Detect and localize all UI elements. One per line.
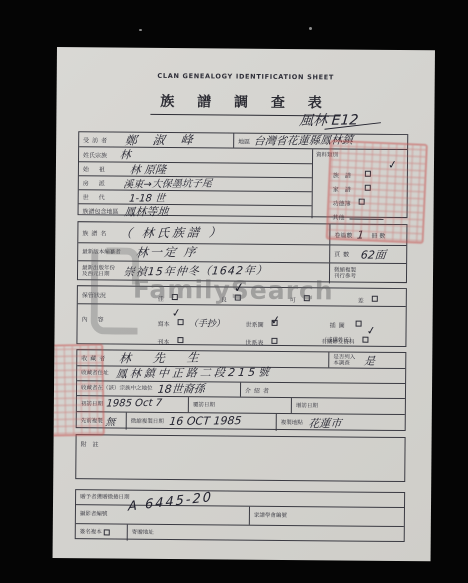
branch-value: 溪東→大保墨坑子尾: [123, 175, 213, 191]
coverage-area-label: 族譜包含地區: [83, 206, 119, 215]
check-mark: ✓: [171, 306, 182, 320]
section-administrative: 贈予者獲贈微捲日期 攝影者編號 A 6445-20 家譜學會編號 簽名複本 寄贈…: [75, 489, 405, 542]
pages-label: 頁數: [334, 249, 352, 258]
included-in-survey-label-line1: 是否列入: [333, 354, 355, 360]
form-english-title: CLAN GENEALOGY IDENTIFICATION SHEET: [57, 71, 435, 82]
row-coverage-area: 族譜包含地區 鳳林等地: [79, 203, 312, 219]
interviewee-value: 鄭 淑 峰: [124, 130, 199, 148]
dust-speck: [139, 29, 142, 31]
red-seal-stamp-left: [53, 344, 105, 437]
prior-copy-value: 無: [105, 413, 116, 428]
first-visit-value: 1985 Oct 7: [106, 398, 163, 410]
notes-label: 附註: [80, 439, 104, 448]
row-copy-info: 先前複製 無 微縮複製日期 16 OCT 1985 複製地點 花蓮市: [77, 411, 405, 432]
section-notes: 附註: [75, 434, 405, 482]
pedigree-chart-label: 世系圖: [246, 322, 264, 329]
genealogy-title-label: 族譜名: [82, 228, 109, 237]
microfilm-date-label: 微縮複製日期: [131, 418, 164, 424]
red-seal-stamp-top-right: [326, 140, 428, 244]
branch-label: 房派: [83, 178, 115, 187]
mailing-address-label: 寄贈地址: [132, 530, 154, 536]
manuscript-label: 寫本: [158, 321, 170, 328]
manuscript-note: （手抄）: [189, 319, 225, 329]
scanned-form-sheet: FamilySearch CLAN GENEALOGY IDENTIFICATI…: [53, 47, 435, 561]
microfilm-ref-label-line2: 刊行參考: [334, 273, 356, 279]
interviewee-label: 受訪者: [83, 135, 110, 144]
microfilm-date-value: 16 OCT 1985: [169, 414, 242, 428]
owner-address-value: 鳳林鎮中正路二段215號: [115, 364, 273, 382]
printed-edition-checkbox: [178, 337, 184, 343]
revisit-label: 覆訪日期: [193, 402, 215, 408]
ancestor-label: 始祖: [83, 164, 115, 173]
illustrations-checkbox: [356, 320, 362, 326]
pages-value: 62面: [360, 246, 387, 262]
check-mark: ✓: [270, 313, 282, 328]
condition-poor-checkbox: [372, 295, 378, 301]
copy-place-label: 複製地點: [281, 419, 303, 425]
dust-speck: [309, 27, 312, 30]
condition-poor-label: 差: [358, 298, 364, 305]
included-in-survey-value: 是: [363, 352, 376, 368]
genealogy-title-value: （ 林氏族譜 ）: [119, 223, 224, 241]
clan-label: 姓氏宗族: [83, 150, 107, 159]
row-signature-copy: 簽名複本 寄贈地址: [76, 523, 404, 543]
genealogical-society-number-label: 家譜學會編號: [254, 513, 287, 519]
section-owner-visits: 收藏者 林 先 生 是否列入 本調查 是 收藏者住址 鳳林鎮中正路二段215號 …: [76, 349, 407, 431]
manuscript-checkbox: [178, 319, 184, 325]
check-mark: ✓: [366, 324, 377, 338]
region-label: 地區: [238, 136, 250, 145]
donor-microfilm-date-label: 贈予者獲贈微捲日期: [80, 494, 130, 500]
signature-copy-label: 簽名複本: [80, 529, 102, 535]
owner-position-value: 18世裔孫: [156, 380, 205, 397]
women-data-note: （或僅姓氏）: [321, 337, 354, 343]
copy-place-value: 花蓮市: [308, 414, 343, 430]
familysearch-logo-watermark: [90, 251, 138, 334]
coverage-area-value: 鳳林等地: [124, 203, 170, 220]
included-in-survey-label-line2: 本調查: [333, 360, 355, 366]
pedigree-table-label: 世系表: [245, 340, 263, 347]
check-mark: ✓: [387, 158, 398, 172]
compiler-value: 林一定 序: [135, 243, 199, 261]
additional-visit-label: 增訪日期: [296, 403, 318, 409]
pedigree-table-checkbox: [272, 337, 278, 343]
printed-edition-label: 刊本: [157, 339, 169, 346]
clan-value: 林: [119, 146, 132, 162]
introducer-label: 介紹者: [245, 385, 272, 394]
signature-copy-checkbox: [104, 529, 110, 535]
generations-label: 世代: [83, 192, 115, 201]
handwritten-file-code: 風林 E12: [298, 109, 359, 130]
check-mark: ✓: [233, 280, 246, 296]
photographer-number-label: 攝影者編號: [80, 511, 108, 517]
